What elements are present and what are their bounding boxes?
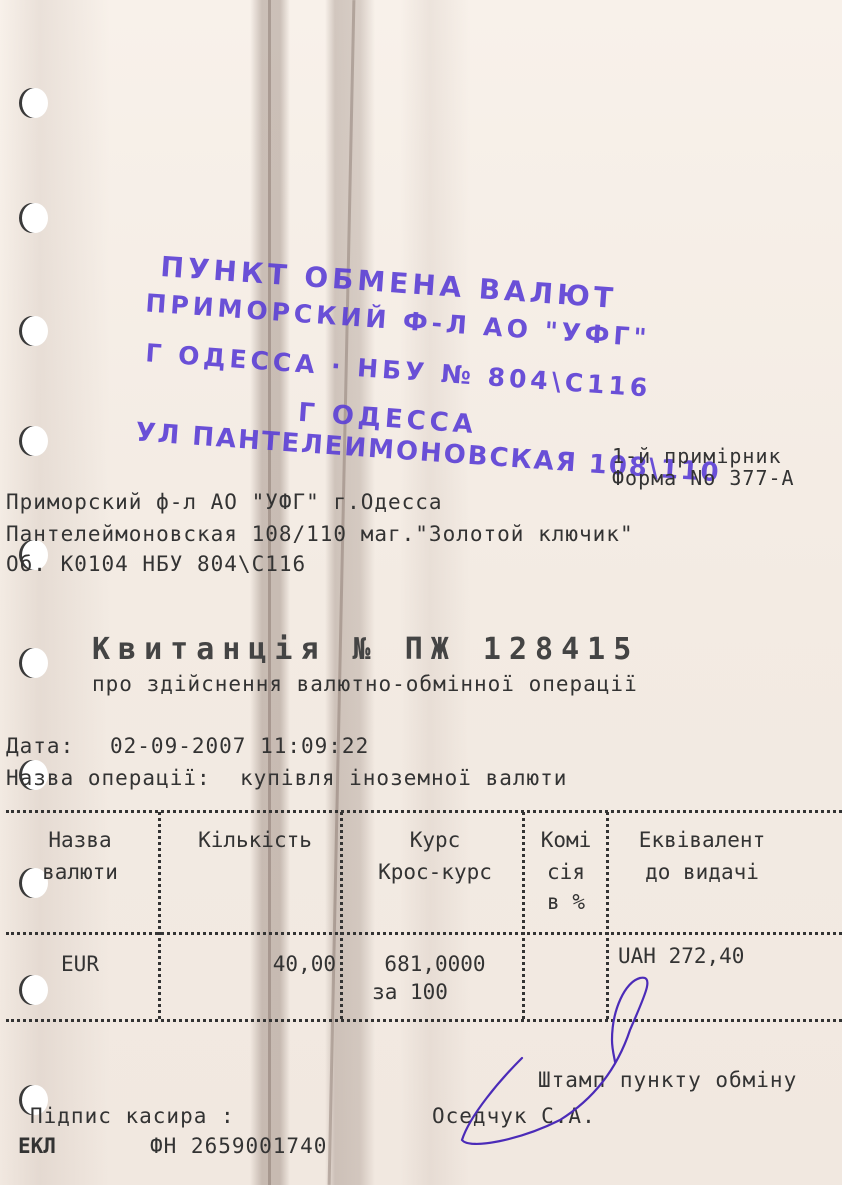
fiscal-number: ФН 2659001740 (150, 1134, 327, 1158)
date-label: Дата: (6, 734, 74, 758)
header-equivalent-line1: Еквівалент (612, 828, 792, 852)
stamp-place-label: Штамп пункту обміну (538, 1068, 797, 1092)
header-commission-line3: в % (526, 890, 606, 914)
punch-hole (22, 88, 48, 118)
table-col-divider (340, 812, 343, 1019)
punch-hole (22, 975, 48, 1005)
punch-hole (22, 316, 48, 346)
receipt-title: Квитанція № ПЖ 128415 (92, 632, 639, 667)
receipt-paper (0, 0, 842, 1185)
operation-label: Назва операції: (6, 766, 211, 790)
header-commission-line1: Комі (526, 828, 606, 852)
punch-hole (22, 426, 48, 456)
cashier-name: Оседчук С.А. (432, 1104, 596, 1128)
header-rate-line2: Крос-курс (350, 860, 520, 884)
header-currency-line1: Назва (20, 828, 140, 852)
header-rate-line1: Курс (350, 828, 520, 852)
cell-rate-unit: за 100 (350, 980, 470, 1004)
table-col-divider (158, 812, 161, 1019)
cell-equivalent: UAH 272,40 (612, 944, 798, 968)
cell-rate: 681,0000 (350, 952, 520, 976)
receipt-subtitle: про здійснення валютно-обмінної операції (92, 672, 638, 696)
date-value: 02-09-2007 11:09:22 (110, 734, 369, 758)
paper-crease (268, 0, 271, 1185)
header-address: Пантелеймоновская 108/110 маг."Золотой к… (6, 522, 634, 546)
table-rule (6, 1019, 842, 1022)
cell-quantity: 40,00 (170, 952, 336, 976)
header-quantity: Кількість (170, 828, 340, 852)
cashier-signature-label: Підпис касира : (30, 1104, 235, 1128)
header-license: Об. К0104 НБУ 804\С116 (6, 552, 306, 576)
table-col-divider (606, 812, 609, 1019)
operation-value: купівля іноземної валюти (240, 766, 567, 790)
header-branch: Приморский ф-л АО "УФГ" г.Одесса (6, 490, 443, 514)
cell-currency: EUR (20, 952, 140, 976)
table-rule (6, 810, 842, 813)
punch-hole (22, 203, 48, 233)
fiscal-mark: ЕКЛ (18, 1134, 56, 1158)
header-equivalent-line2: до видачі (612, 860, 792, 884)
table-rule (6, 932, 842, 935)
table-col-divider (522, 812, 525, 1019)
punch-hole (22, 648, 48, 678)
header-commission-line2: сія (526, 860, 606, 884)
header-currency-line2: валюти (20, 860, 140, 884)
copy-label-line2: Форма No 377-А (612, 466, 795, 490)
copy-label-line1: 1-й примірник (612, 444, 782, 468)
